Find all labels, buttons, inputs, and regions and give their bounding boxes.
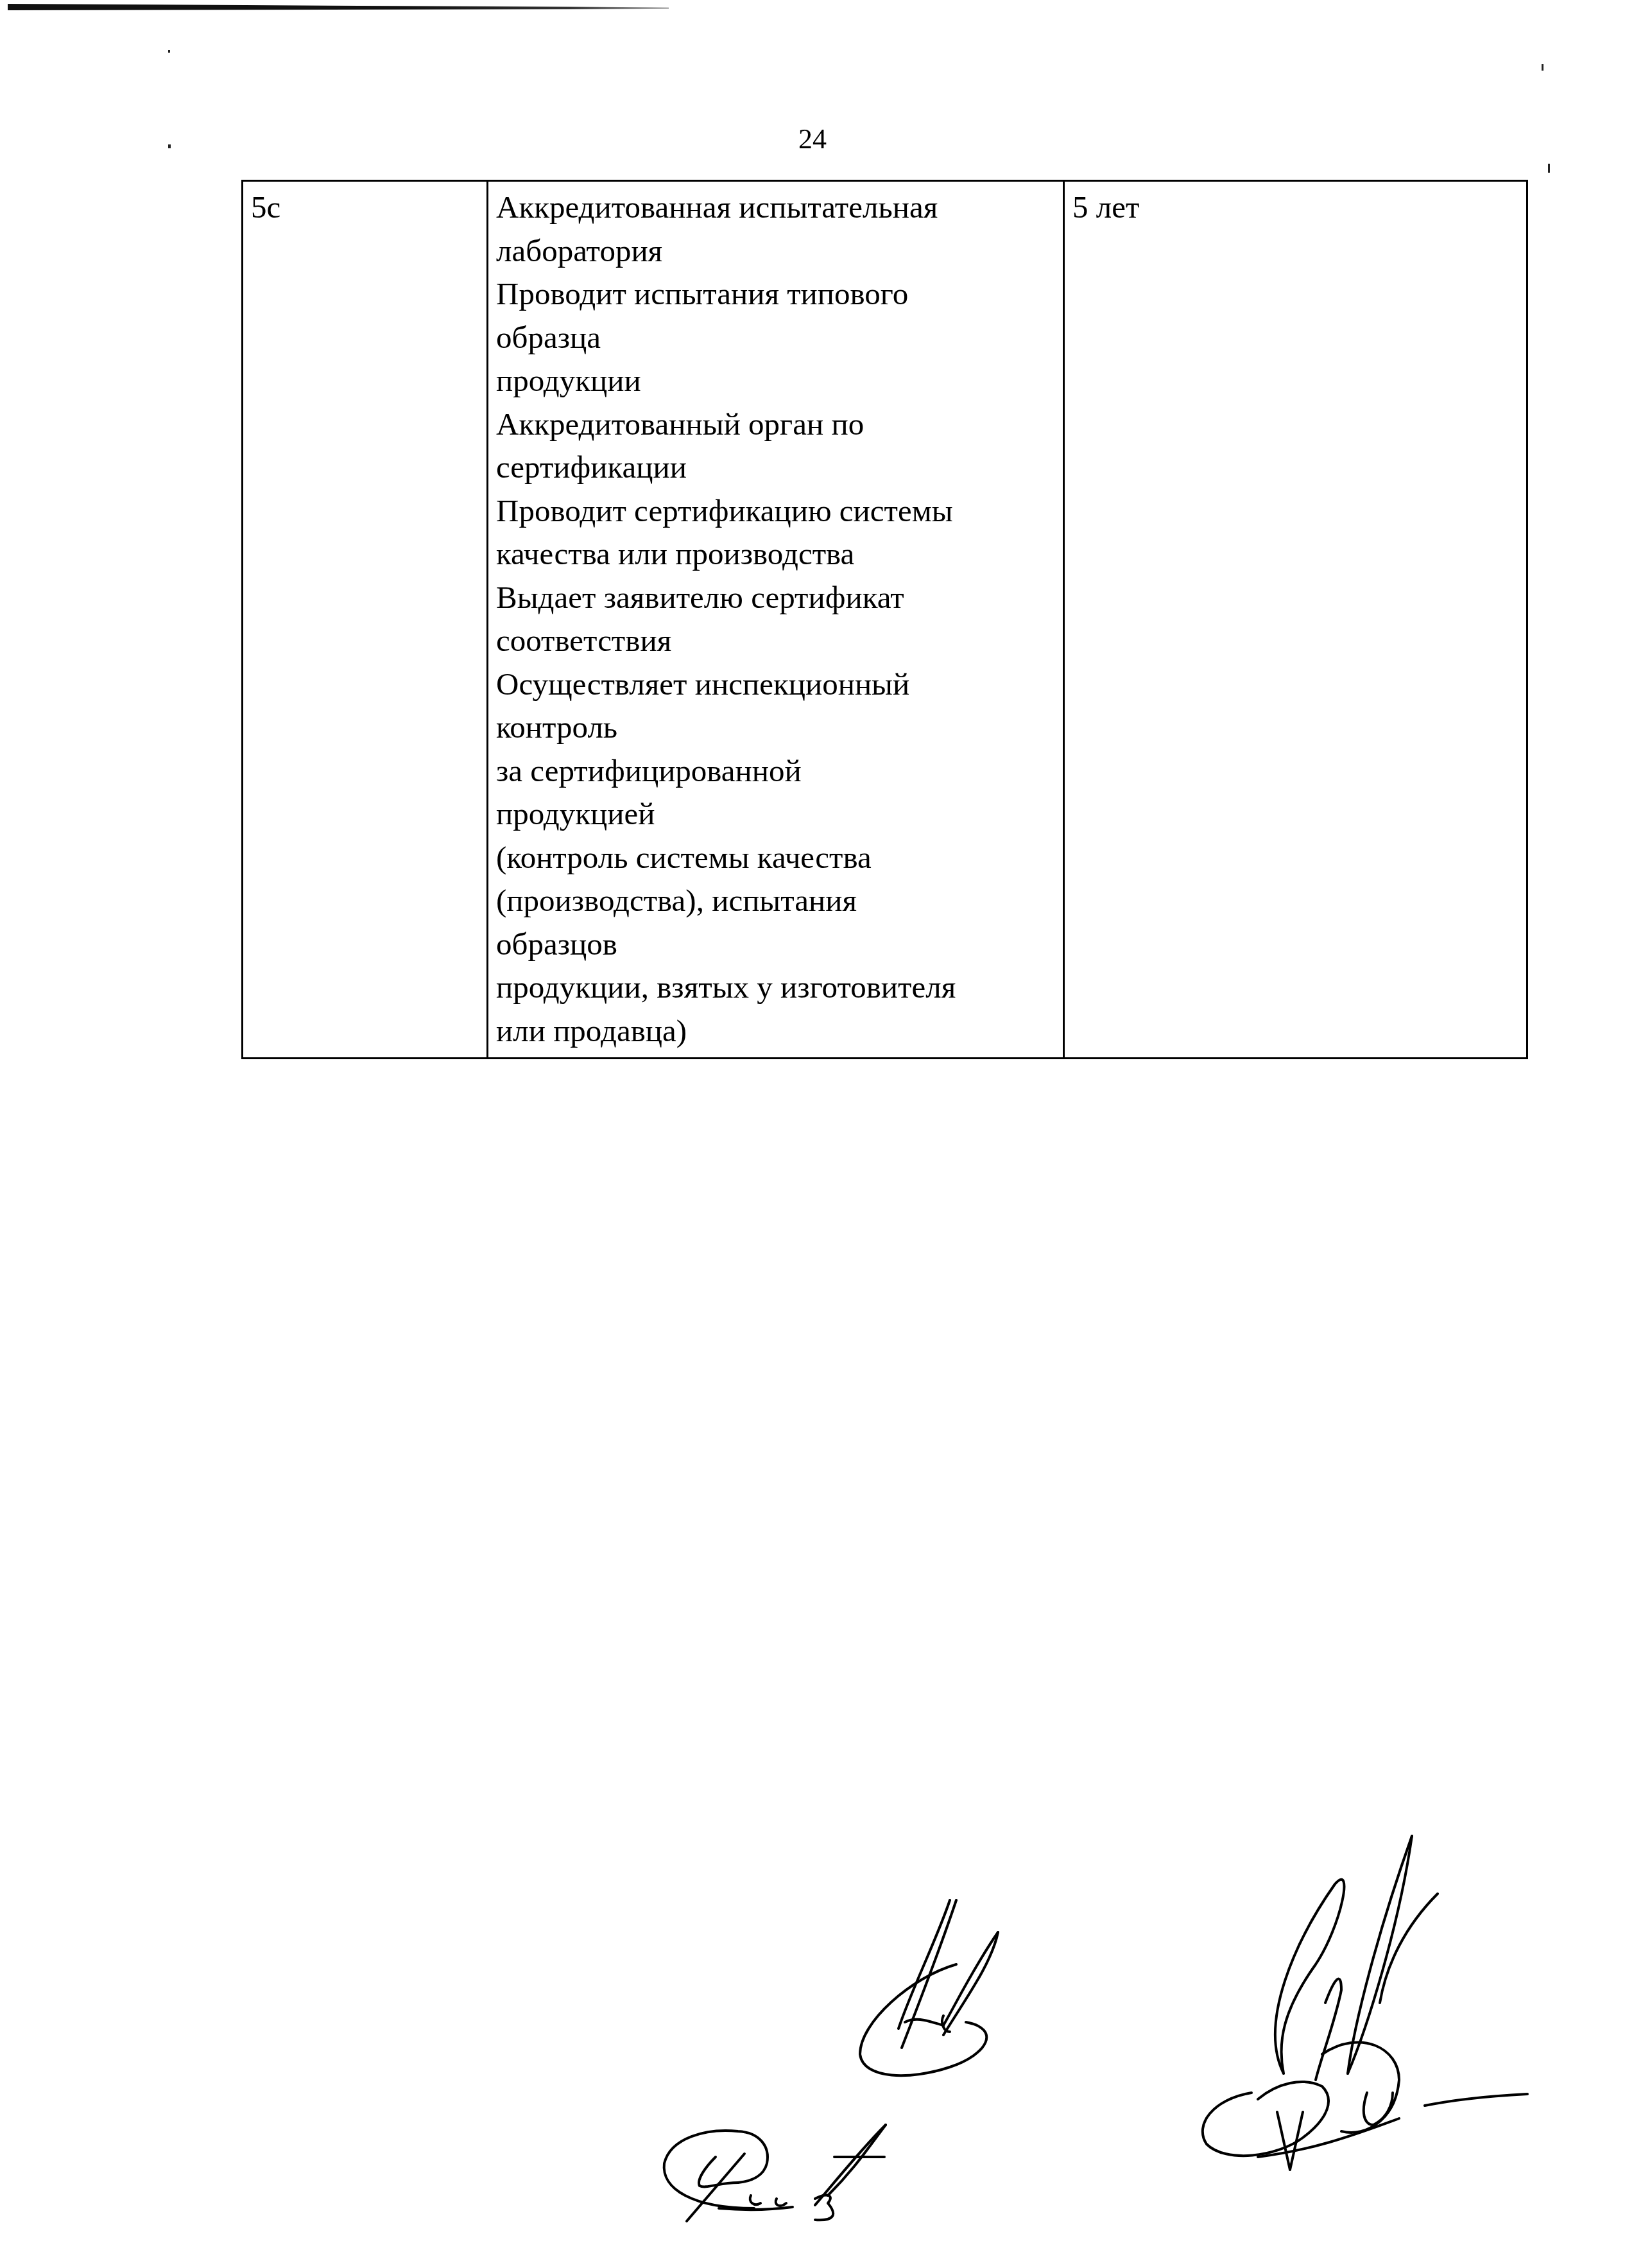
signature-right-icon — [1203, 1836, 1527, 2170]
description-line: образца — [496, 316, 1055, 359]
description-line: соответствия — [496, 619, 1055, 662]
description-line: (производства), испытания — [496, 879, 1055, 922]
description-line: продукции — [496, 359, 1055, 403]
description-line: (контроль системы качества — [496, 836, 1055, 879]
description-line: за сертифицированной — [496, 749, 1055, 793]
description-line: Аккредитованный орган по — [496, 403, 1055, 446]
description-line: качества или производства — [496, 532, 1055, 576]
scheme-description-cell: Аккредитованная испытательная лаборатори… — [488, 181, 1064, 1059]
description-line: образцов — [496, 922, 1055, 966]
description-line: контроль — [496, 706, 1055, 749]
description-line: Аккредитованная испытательная — [496, 186, 1055, 229]
description-line: Проводит сертификацию системы — [496, 489, 1055, 533]
description-line: Проводит испытания типового — [496, 272, 1055, 316]
description-line: продукции, взятых у изготовителя — [496, 965, 1055, 1009]
validity-term-cell: 5 лет — [1064, 181, 1527, 1059]
description-line: сертификации — [496, 446, 1055, 489]
scan-artifact-bar — [8, 4, 669, 10]
scheme-code: 5c — [251, 189, 280, 225]
description-line: Осуществляет инспекционный — [496, 662, 1055, 706]
certification-scheme-table: 5c Аккредитованная испытательная лаборат… — [241, 180, 1528, 1059]
scan-speck — [1542, 64, 1543, 71]
page-number: 24 — [0, 123, 1625, 155]
description-line: продукцией — [496, 792, 1055, 836]
description-line: или продавца) — [496, 1009, 1055, 1053]
scan-speck — [168, 50, 170, 53]
validity-term: 5 лет — [1072, 189, 1139, 225]
signature-middle-icon — [860, 1900, 998, 2075]
description-line: Выдает заявителю сертификат — [496, 576, 1055, 619]
signature-left-icon — [664, 2125, 886, 2221]
scheme-code-cell: 5c — [243, 181, 488, 1059]
description-line: лаборатория — [496, 229, 1055, 273]
scan-speck — [1548, 164, 1550, 173]
table-row: 5c Аккредитованная испытательная лаборат… — [243, 181, 1527, 1059]
